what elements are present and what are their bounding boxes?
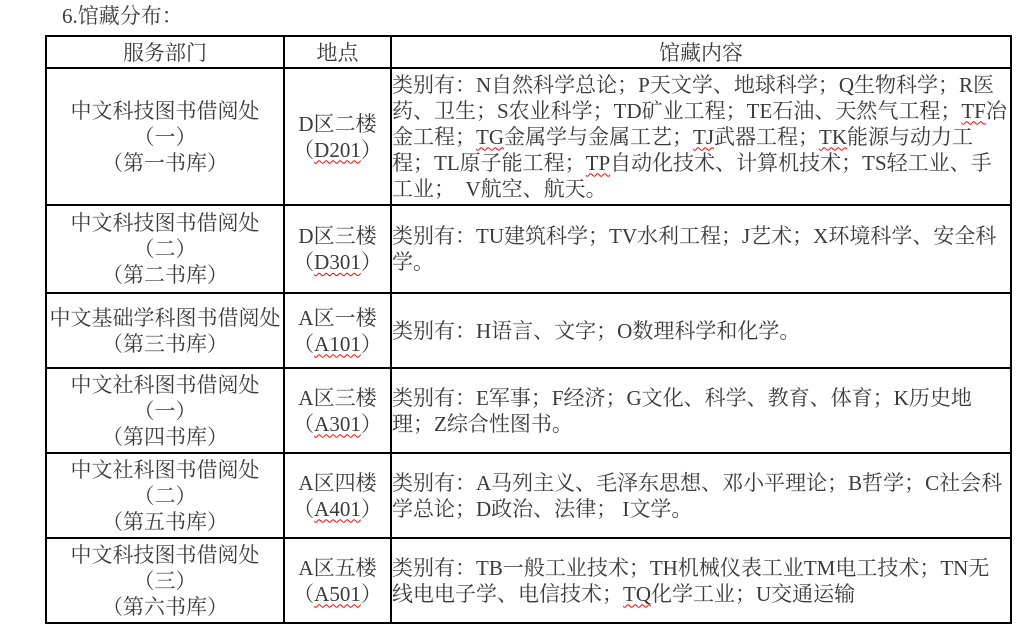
content-cell: 类别有：TB一般工业技术；TH机械仪表工业TM电工技术；TN无线电电子学、电信技…	[391, 538, 1011, 623]
text-segment: 类别有：H语言、文字；O数理科学和化学。	[392, 319, 800, 343]
table-row: 中文社科图书借阅处（二）（第五书库） A区四楼 （A401） 类别有：A马列主义…	[46, 453, 1011, 538]
text-segment: （	[293, 250, 314, 274]
text-line: 中文科技图书借阅处	[47, 210, 283, 236]
location-building: D区三楼	[285, 223, 390, 249]
text-line: （第六书库）	[47, 594, 283, 620]
document-page: 6.馆藏分布： 服务部门 地点 馆藏内容 中文科技图书借阅处（一）（第一书库） …	[0, 0, 1034, 630]
text-segment: （	[293, 332, 314, 356]
text-segment: （	[293, 412, 314, 436]
misspelled-text: TJ	[693, 125, 714, 149]
header-cell-content: 馆藏内容	[391, 36, 1011, 68]
text-segment: ）	[361, 250, 382, 274]
text-line: （第二书库）	[47, 262, 283, 288]
misspelled-text: TG	[476, 125, 504, 149]
misspelled-text: A101	[314, 332, 361, 356]
location-room-code: （A401）	[285, 496, 390, 522]
misspelled-text: D201	[314, 138, 361, 162]
misspelled-text: TF	[961, 99, 986, 123]
location-cell: D区二楼 （D201）	[284, 68, 391, 205]
location-cell: A区三楼 （A301）	[284, 368, 391, 453]
location-cell: A区四楼 （A401）	[284, 453, 391, 538]
location-room-code: （A501）	[285, 581, 390, 607]
location-room-code: （D201）	[285, 137, 390, 163]
text-segment: ）	[361, 582, 382, 606]
department-cell: 中文科技图书借阅处（二）（第二书库）	[46, 205, 284, 293]
text-line: （三）	[47, 568, 283, 594]
department-cell: 中文基础学科图书借阅处（第三书库）	[46, 293, 284, 368]
location-room-code: （D301）	[285, 249, 390, 275]
text-segment: 类别有：N自然科学总论；P天文学、地球科学；Q生物科学；R医药、卫生；S农业科学…	[392, 73, 994, 123]
library-collection-table: 服务部门 地点 馆藏内容 中文科技图书借阅处（一）（第一书库） D区二楼 （D2…	[45, 35, 1012, 624]
text-line: （二）	[47, 236, 283, 262]
location-building: A区五楼	[285, 555, 390, 581]
text-segment: （	[293, 497, 314, 521]
content-cell: 类别有：A马列主义、毛泽东思想、邓小平理论；B哲学；C社会科学总论；D政治、法律…	[391, 453, 1011, 538]
department-cell: 中文社科图书借阅处（一）（第四书库）	[46, 368, 284, 453]
text-line: 中文基础学科图书借阅处	[47, 305, 283, 331]
content-cell: 类别有：TU建筑科学；TV水利工程；J艺术；X环境科学、安全科学。	[391, 205, 1011, 293]
text-line: 中文社科图书借阅处	[47, 372, 283, 398]
text-line: 中文社科图书借阅处	[47, 457, 283, 483]
content-cell: 类别有：E军事；F经济；G文化、科学、教育、体育；K历史地理；Z综合性图书。	[391, 368, 1011, 453]
text-segment: 金属学与金属工艺；	[504, 125, 693, 149]
text-segment: ）	[361, 412, 382, 436]
location-cell: D区三楼 （D301）	[284, 205, 391, 293]
misspelled-text: D301	[314, 250, 361, 274]
content-cell: 类别有：N自然科学总论；P天文学、地球科学；Q生物科学；R医药、卫生；S农业科学…	[391, 68, 1011, 205]
text-line: （第五书库）	[47, 509, 283, 535]
header-row: 服务部门 地点 馆藏内容	[46, 36, 1011, 68]
table-row: 中文科技图书借阅处（三）（第六书库） A区五楼 （A501） 类别有：TB一般工…	[46, 538, 1011, 623]
text-line: 中文科技图书借阅处	[47, 98, 283, 124]
location-cell: A区一楼 （A101）	[284, 293, 391, 368]
text-segment: ）	[361, 497, 382, 521]
text-line: 中文科技图书借阅处	[47, 542, 283, 568]
text-line: （二）	[47, 483, 283, 509]
table-row: 中文社科图书借阅处（一）（第四书库） A区三楼 （A301） 类别有：E军事；F…	[46, 368, 1011, 453]
text-segment: 武器工程；	[714, 125, 819, 149]
misspelled-text: TP	[586, 151, 611, 175]
location-building: A区四楼	[285, 470, 390, 496]
location-room-code: （A301）	[285, 411, 390, 437]
location-room-code: （A101）	[285, 331, 390, 357]
text-line: （第四书库）	[47, 424, 283, 450]
misspelled-text: TQ	[623, 582, 651, 606]
text-segment: 类别有：A马列主义、毛泽东思想、邓小平理论；B哲学；C社会科学总论；D政治、法律…	[392, 471, 1002, 521]
content-cell: 类别有：H语言、文字；O数理科学和化学。	[391, 293, 1011, 368]
text-segment: 化学工业；U交通运输	[651, 582, 855, 606]
section-title: 6.馆藏分布：	[62, 3, 183, 29]
location-building: A区三楼	[285, 385, 390, 411]
text-line: （第一书库）	[47, 150, 283, 176]
misspelled-text: A501	[314, 582, 361, 606]
text-segment: （	[293, 582, 314, 606]
location-building: D区二楼	[285, 111, 390, 137]
text-segment: 类别有：E军事；F经济；G文化、科学、教育、体育；K历史地理；Z综合性图书。	[392, 386, 972, 436]
text-segment: （	[293, 138, 314, 162]
misspelled-text: A401	[314, 497, 361, 521]
misspelled-text: A301	[314, 412, 361, 436]
location-cell: A区五楼 （A501）	[284, 538, 391, 623]
text-line: （一）	[47, 398, 283, 424]
table-row: 中文基础学科图书借阅处（第三书库） A区一楼 （A101） 类别有：H语言、文字…	[46, 293, 1011, 368]
department-cell: 中文社科图书借阅处（二）（第五书库）	[46, 453, 284, 538]
location-building: A区一楼	[285, 305, 390, 331]
text-segment: ）	[361, 138, 382, 162]
department-cell: 中文科技图书借阅处（三）（第六书库）	[46, 538, 284, 623]
misspelled-text: TK	[819, 125, 847, 149]
header-cell-location: 地点	[284, 36, 391, 68]
table-row: 中文科技图书借阅处（一）（第一书库） D区二楼 （D201） 类别有：N自然科学…	[46, 68, 1011, 205]
table-row: 中文科技图书借阅处（二）（第二书库） D区三楼 （D301） 类别有：TU建筑科…	[46, 205, 1011, 293]
text-segment: ）	[361, 332, 382, 356]
department-cell: 中文科技图书借阅处（一）（第一书库）	[46, 68, 284, 205]
text-line: （第三书库）	[47, 331, 283, 357]
header-cell-department: 服务部门	[46, 36, 284, 68]
text-segment: 类别有：TU建筑科学；TV水利工程；J艺术；X环境科学、安全科学。	[392, 224, 996, 274]
text-line: （一）	[47, 124, 283, 150]
